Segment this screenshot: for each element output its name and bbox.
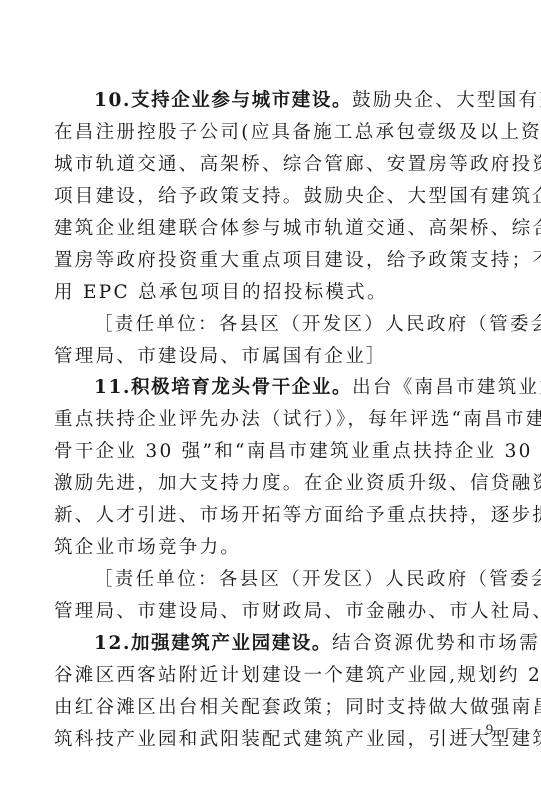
paragraph-line: 新、人才引进、市场开拓等方面给予重点扶持，逐步提升我市建 (54, 500, 494, 532)
paragraph-text: 出台《南昌市建筑业龙头骨干、 (352, 372, 541, 404)
paragraph-line: 置房等政府投资重大重点项目建设，给予政策支持；不断完善采 (54, 245, 494, 277)
responsible-units-line: ［责任单位：各县区（开发区）人民政府（管委会）、湾里 (54, 564, 494, 596)
paragraph-line: 城市轨道交通、高架桥、综合管廊、安置房等政府投资重大重点 (54, 149, 494, 181)
section-12-heading-line: 12.加强建筑产业园建设。 结合资源优势和市场需求，在红 (54, 628, 494, 660)
paragraph-line: 激励先进，加大支持力度。在企业资质升级、信贷融资、科技创 (54, 468, 494, 500)
paragraph-line: 由红谷滩区出台相关配套政策；同时支持做大做强南昌县千亿建 (54, 692, 494, 724)
paragraph-line: 筑科技产业园和武阳装配式建筑产业园，引进大型建筑企业落户， (54, 724, 494, 756)
section-heading: 加强建筑产业园建设。 (131, 633, 332, 654)
section-number: 10. (94, 90, 131, 111)
section-number: 11. (94, 377, 131, 398)
document-page: 10.支持企业参与城市建设。 鼓励央企、大型国有建筑企业 在昌注册控股子公司(应… (54, 85, 494, 756)
responsible-units-line: ［责任单位：各县区（开发区）人民政府（管委会）、湾里 (54, 309, 494, 341)
page-number: － 9 － (459, 718, 524, 739)
section-heading: 支持企业参与城市建设。 (131, 90, 352, 111)
paragraph-line: 骨干企业 30 强”和“南昌市建筑业重点扶持企业 30 家”，树立典型， (54, 436, 494, 468)
paragraph-line: 建筑企业组建联合体参与城市轨道交通、高架桥、综合管廊、安 (54, 213, 494, 245)
paragraph-line: 项目建设，给予政策支持。鼓励央企、大型国有建筑企业与本地 (54, 181, 494, 213)
section-10-heading-line: 10.支持企业参与城市建设。 鼓励央企、大型国有建筑企业 (54, 85, 494, 117)
paragraph-line: 重点扶持企业评先办法（试行）》，每年评选“南昌市建筑业龙头 (54, 404, 494, 436)
section-11-heading-line: 11.积极培育龙头骨干企业。 出台《南昌市建筑业龙头骨干、 (54, 372, 494, 404)
paragraph-line: 在昌注册控股子公司(应具备施工总承包壹级及以上资质）参与 (54, 117, 494, 149)
paragraph-line: 谷滩区西客站附近计划建设一个建筑产业园,规划约 200 亩土地， (54, 660, 494, 692)
section-number: 12. (94, 633, 131, 654)
paragraph-text: 鼓励央企、大型国有建筑企业 (352, 85, 541, 117)
responsible-units-line: 管理局、市建设局、市财政局、市金融办、市人社局、市科技局］ (54, 596, 494, 628)
paragraph-line: 用 EPC 总承包项目的招投标模式。 (54, 277, 494, 309)
paragraph-text: 结合资源优势和市场需求，在红 (332, 628, 541, 660)
section-heading: 积极培育龙头骨干企业。 (131, 377, 352, 398)
paragraph-line: 筑企业市场竞争力。 (54, 532, 494, 564)
responsible-units-line: 管理局、市建设局、市属国有企业］ (54, 341, 494, 373)
